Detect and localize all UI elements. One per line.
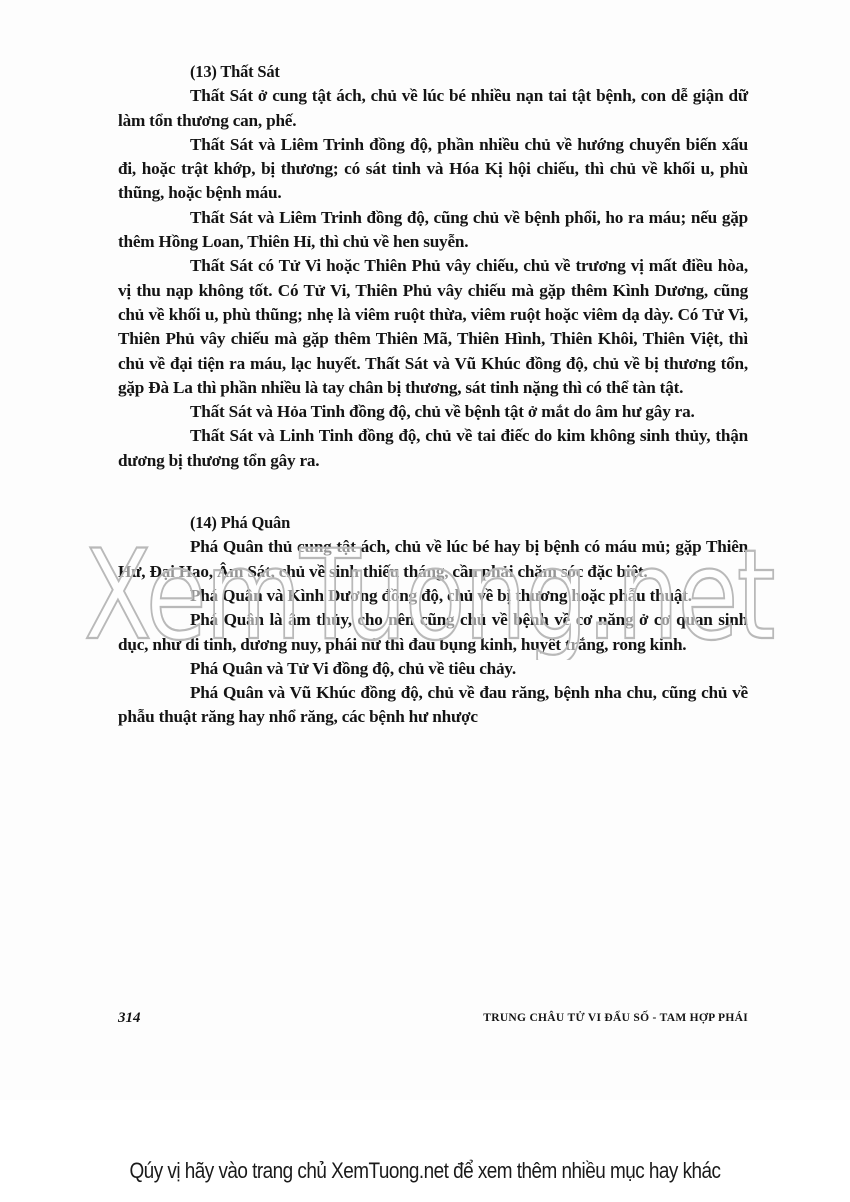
paragraph: Thất Sát ở cung tật ách, chủ về lúc bé n… [118, 84, 748, 133]
book-page: (13) Thất Sát Thất Sát ở cung tật ách, c… [0, 0, 850, 1100]
paragraph: Thất Sát và Hỏa Tinh đồng độ, chủ về bện… [118, 400, 748, 424]
paragraph: Thất Sát có Tử Vi hoặc Thiên Phủ vây chi… [118, 254, 748, 400]
section-heading-13: (13) Thất Sát [190, 60, 748, 84]
paragraph: Thất Sát và Liêm Trinh đồng độ, phần nhi… [118, 133, 748, 206]
site-promo-banner: Qúy vị hãy vào trang chủ XemTuong.net để… [60, 1158, 791, 1184]
page-footer: 314 TRUNG CHÂU TỬ VI ĐẨU SỐ - TAM HỢP PH… [118, 1008, 748, 1032]
paragraph: Phá Quân là âm thủy, cho nên cũng chủ về… [118, 608, 748, 657]
paragraph: Thất Sát và Linh Tinh đồng độ, chủ về ta… [118, 424, 748, 473]
paragraph: Phá Quân và Vũ Khúc đồng độ, chủ về đau … [118, 681, 748, 730]
paragraph: Thất Sát và Liêm Trinh đồng độ, cũng chủ… [118, 206, 748, 255]
paragraph: Phá Quân và Kình Dương đồng độ, chủ về b… [118, 584, 748, 608]
page-body: (13) Thất Sát Thất Sát ở cung tật ách, c… [118, 60, 748, 730]
paragraph: Phá Quân thủ cung tật ách, chủ về lúc bé… [118, 535, 748, 584]
page-number: 314 [118, 1010, 141, 1027]
section-heading-14: (14) Phá Quân [190, 511, 748, 535]
section-spacer [118, 473, 748, 511]
banner-prefix: Qúy vị hãy vào trang chủ [129, 1158, 331, 1183]
paragraph: Phá Quân và Tử Vi đồng độ, chủ về tiêu c… [118, 657, 748, 681]
running-title: TRUNG CHÂU TỬ VI ĐẨU SỐ - TAM HỢP PHÁI [483, 1012, 748, 1024]
banner-suffix: để xem thêm nhiều mục hay khác [448, 1158, 720, 1183]
site-link[interactable]: XemTuong.net [331, 1158, 448, 1183]
